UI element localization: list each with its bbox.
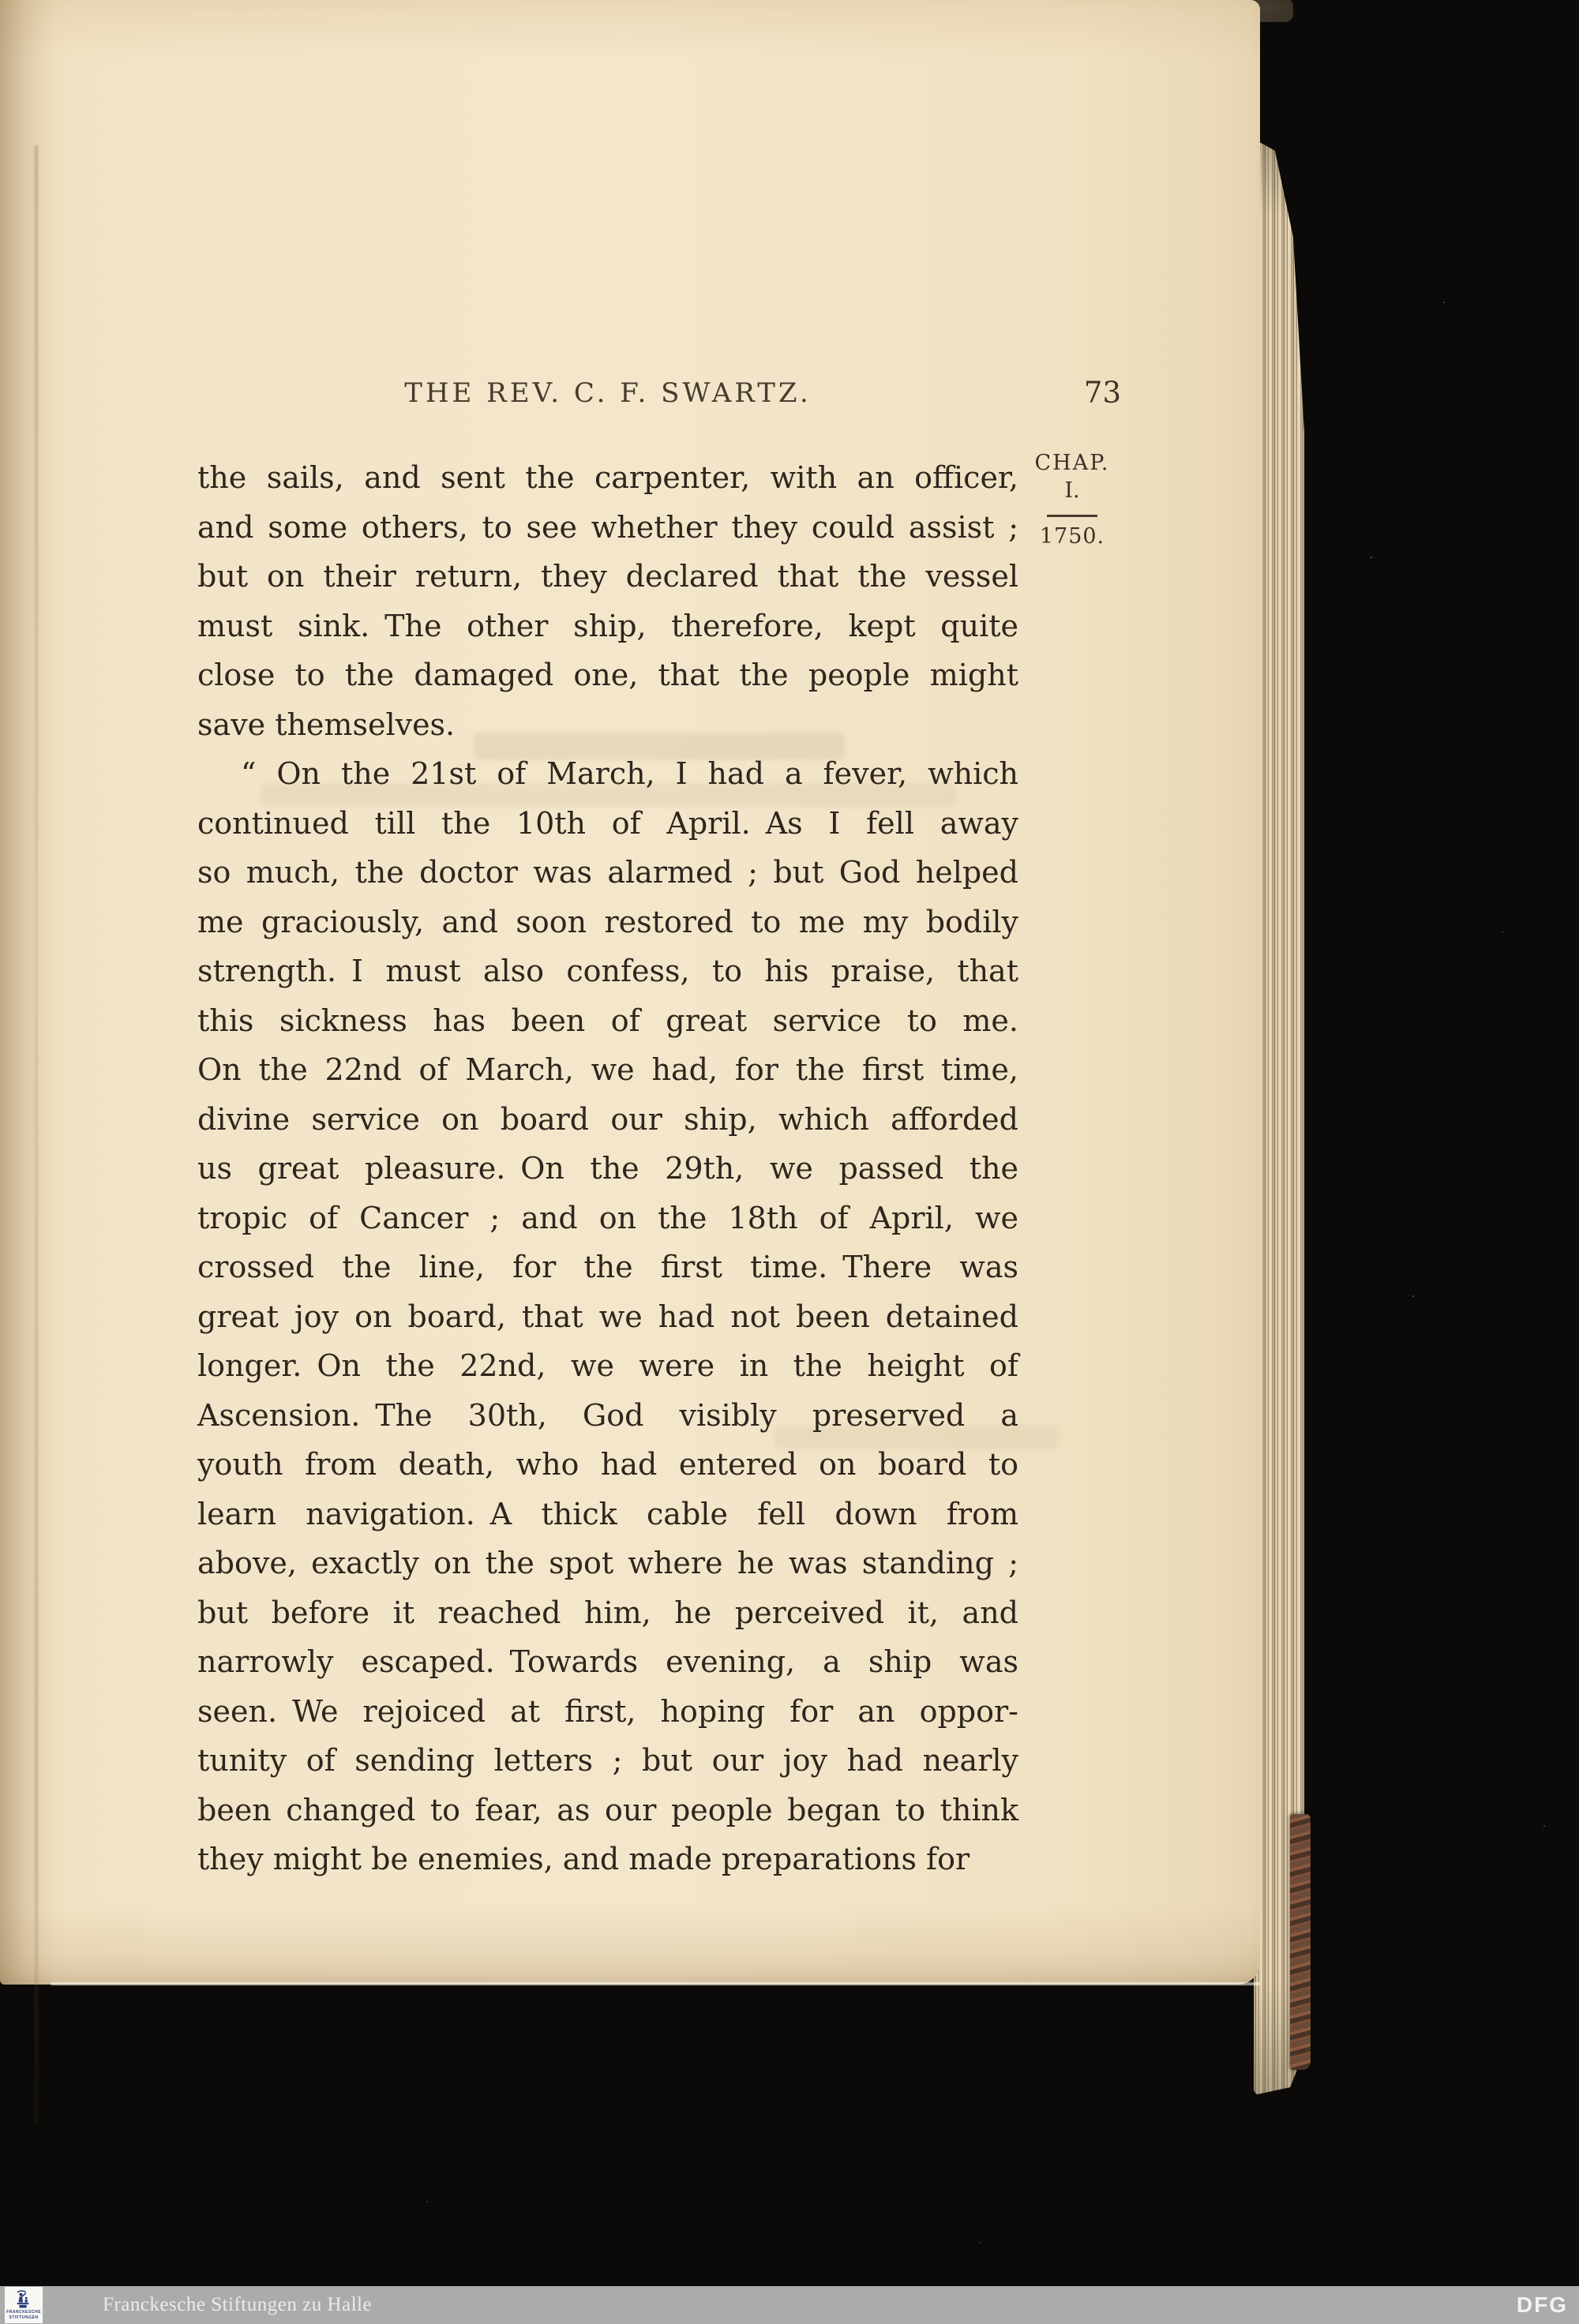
text-line: above, exactly on the spot where he was …	[197, 1539, 1018, 1588]
text-line: tunity of sending letters ; but our joy …	[197, 1736, 1018, 1786]
text-line: strength. I must also confess, to his pr…	[197, 946, 1018, 996]
institution-name: Franckesche Stiftungen zu Halle	[103, 2286, 372, 2324]
margin-rule	[1047, 515, 1097, 517]
text-line: tropic of Cancer ; and on the 18th of Ap…	[197, 1194, 1018, 1243]
text-line: youth from death, who had entered on boa…	[197, 1440, 1018, 1490]
text-line: must sink. The other ship, therefore, ke…	[197, 602, 1018, 651]
institution-logo-caption-line1: FRANCKESCHE	[6, 2310, 41, 2315]
text-line: close to the damaged one, that the peopl…	[197, 650, 1018, 700]
text-line: me graciously, and soon restored to me m…	[197, 898, 1018, 947]
gutter-crease	[35, 145, 38, 2125]
text-line: On the 22nd of March, we had, for the fi…	[197, 1045, 1018, 1095]
text-line: the sails, and sent the carpenter, with …	[197, 453, 1018, 503]
institution-logo: FRANCKESCHE STIFTUNGEN	[5, 2287, 43, 2323]
text-line: but before it reached him, he perceived …	[197, 1588, 1018, 1638]
page-stack-edge	[1254, 139, 1304, 2095]
francke-statue-icon	[15, 2290, 32, 2309]
text-line: they might be enemies, and made preparat…	[197, 1835, 1018, 1884]
text-line: longer. On the 22nd, we were in the heig…	[197, 1341, 1018, 1391]
text-line: us great pleasure. On the 29th, we passe…	[197, 1144, 1018, 1194]
text-line: and some others, to see whether they cou…	[197, 503, 1018, 553]
text-line: so much, the doctor was alarmed ; but Go…	[197, 848, 1018, 898]
page-number: 73	[1026, 376, 1121, 410]
body-text: the sails, and sent the carpenter, with …	[197, 453, 1018, 1884]
text-line: learn navigation. A thick cable fell dow…	[197, 1490, 1018, 1539]
institution-logo-caption-line2: STIFTUNGEN	[9, 2315, 39, 2320]
text-line: crossed the line, for the first time. Th…	[197, 1243, 1018, 1292]
text-line: narrowly escaped. Towards evening, a shi…	[197, 1637, 1018, 1687]
dfg-logo: DFG	[1517, 2286, 1568, 2324]
text-line: save themselves.	[197, 700, 1018, 750]
text-line: this sickness has been of great service …	[197, 996, 1018, 1046]
dust-specks	[0, 0, 2, 2]
margin-note: CHAP. I. 1750.	[1023, 450, 1121, 549]
text-line: great joy on board, that we had not been…	[197, 1292, 1018, 1342]
book-cover-edge	[1290, 1814, 1311, 2070]
text-line: Ascension. The 30th, God visibly preserv…	[197, 1391, 1018, 1441]
text-line: been changed to fear, as our people bega…	[197, 1786, 1018, 1835]
running-header: THE REV. C. F. SWARTZ.	[197, 377, 1018, 409]
text-line: continued till the 10th of April. As I f…	[197, 799, 1018, 849]
text-line: but on their return, they declared that …	[197, 552, 1018, 602]
margin-year: 1750.	[1023, 525, 1121, 549]
scanned-book-photo: THE REV. C. F. SWARTZ. 73 the sails, and…	[0, 0, 1579, 2324]
text-line: “ On the 21st of March, I had a fever, w…	[197, 749, 1018, 799]
text-line: seen. We rejoiced at first, hoping for a…	[197, 1687, 1018, 1737]
margin-chapter-label: CHAP.	[1023, 450, 1121, 477]
text-line: divine service on board our ship, which …	[197, 1095, 1018, 1145]
margin-chapter-numeral: I.	[1023, 477, 1121, 505]
